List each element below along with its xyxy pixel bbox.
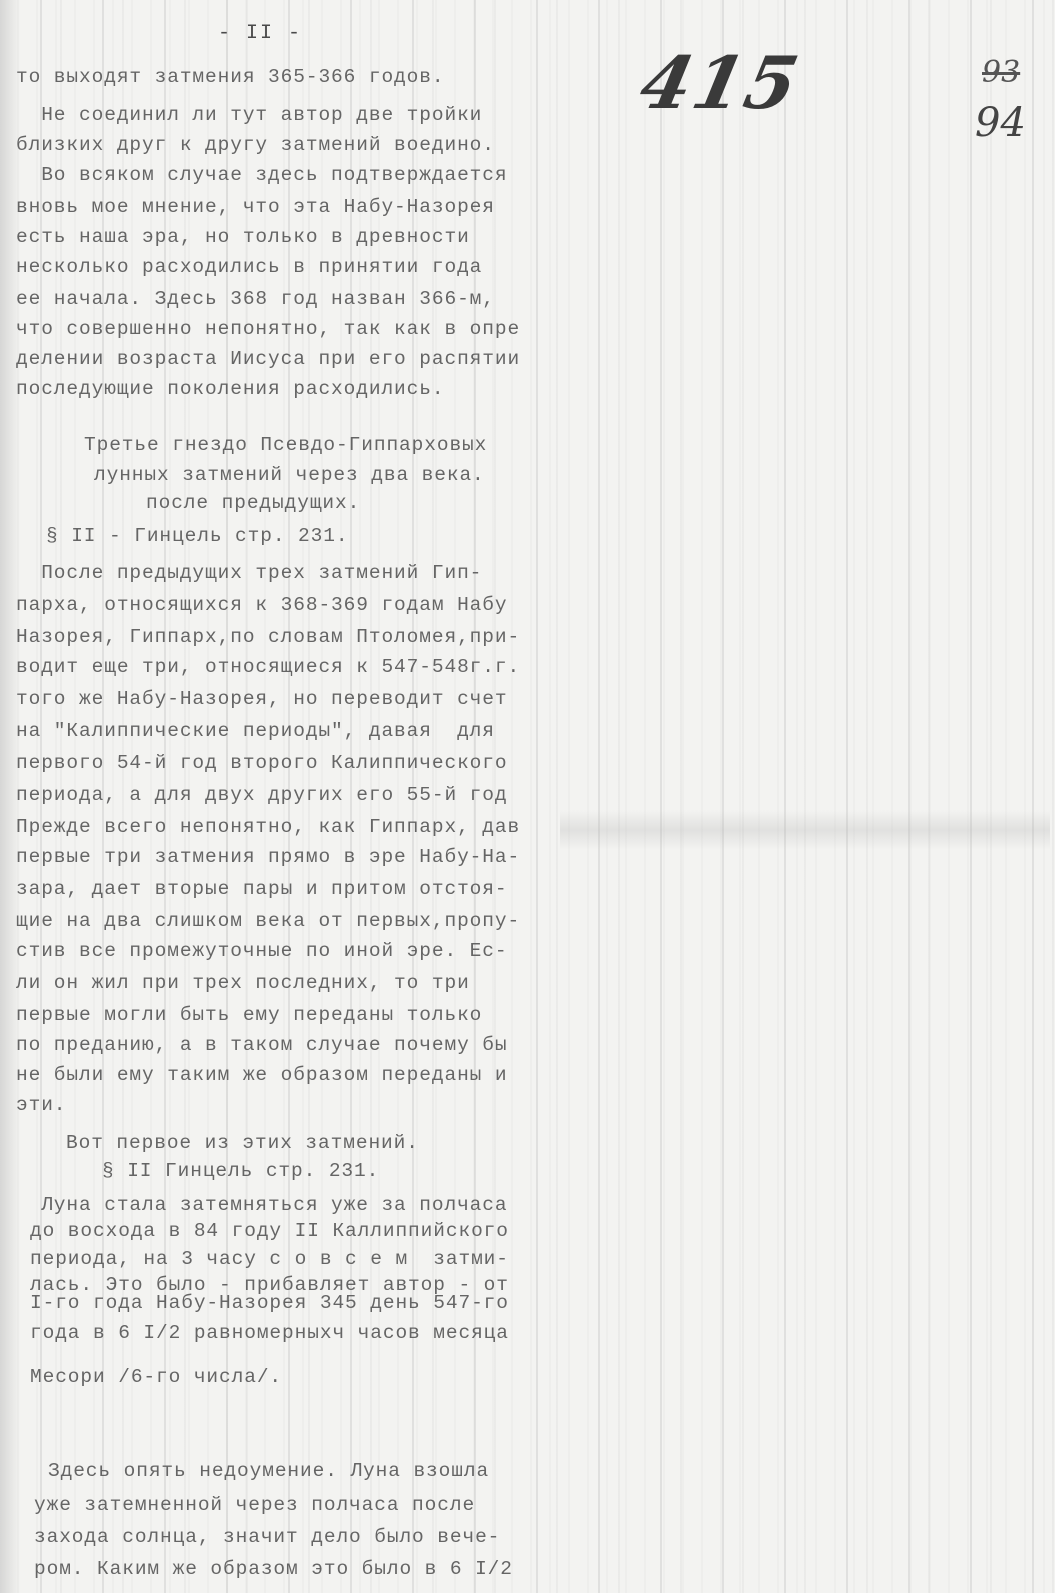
section-heading-line: после предыдущих. xyxy=(146,494,360,514)
text-line: вновь мое мнение, что эта Набу-Назорея xyxy=(16,198,495,218)
text-line: уже затемненной через полчаса после xyxy=(34,1496,475,1516)
text-line: первого 54-й год второго Калиппического xyxy=(16,754,507,774)
text-line: последующие поколения расходились. xyxy=(16,380,444,400)
text-line: то выходят затмения 365-366 годов. xyxy=(16,68,444,88)
reference-citation: § II - Гинцель стр. 231. xyxy=(46,527,348,547)
quote-line: Луна стала затемняться уже за полчаса xyxy=(16,1196,507,1216)
text-line: делении возраста Иисуса при его распятии xyxy=(16,350,520,370)
section-heading-line: лунных затмений через два века. xyxy=(94,466,485,486)
folio-old-crossed: 93 xyxy=(982,55,1020,90)
text-line: близких друг к другу затмений воедино. xyxy=(16,136,495,156)
scan-smudge xyxy=(560,810,1050,850)
text-line: Назорея, Гиппарх,по словам Птоломея,при- xyxy=(16,628,520,648)
text-line: ли он жил при трех последних, то три xyxy=(16,974,470,994)
text-line: того же Набу-Назорея, но переводит счет xyxy=(16,690,507,710)
text-line: Во всяком случае здесь подтверждается xyxy=(16,166,507,186)
text-line: После предыдущих трех затмений Гип- xyxy=(16,564,482,584)
quote-line: I-го года Набу-Назорея 345 день 547-го xyxy=(30,1294,509,1314)
text-line: не были ему таким же образом переданы и xyxy=(16,1066,507,1086)
section-heading-line: Третье гнездо Псевдо-Гиппарховых xyxy=(84,436,487,456)
text-line: Вот первое из этих затмений. xyxy=(66,1134,419,1154)
text-line: периода, а для двух других его 55-й год xyxy=(16,786,507,806)
quote-line: года в 6 I/2 равномерныхч часов месяца xyxy=(30,1324,509,1344)
text-line: водит еще три, относящиеся к 547-548г.г. xyxy=(16,658,520,678)
quote-line: Месори /6-го числа/. xyxy=(30,1368,282,1388)
scanned-page: - II - 415 93 94 то выходят затмения 365… xyxy=(0,0,1055,1593)
reference-citation: § II Гинцель стр. 231. xyxy=(102,1162,379,1182)
text-line: захода солнца, значит дело было вече- xyxy=(34,1528,500,1548)
text-line: Не соединил ли тут автор две тройки xyxy=(16,106,482,126)
folio-new: 94 xyxy=(975,100,1026,146)
text-line: Прежде всего непонятно, как Гиппарх, дав xyxy=(16,818,520,838)
text-line: первые три затмения прямо в эре Набу-На- xyxy=(16,848,520,868)
quote-line: до восхода в 84 году II Каллиппийского xyxy=(30,1222,509,1242)
page-number: - II - xyxy=(218,22,302,45)
quote-line: периода, на 3 часу с о в с е м затми- xyxy=(30,1250,509,1270)
text-line: эти. xyxy=(16,1096,66,1116)
text-line: ром. Каким же образом это было в 6 I/2 xyxy=(34,1560,513,1580)
text-line: стив все промежуточные по иной эре. Ес- xyxy=(16,942,507,962)
text-line: щие на два слишком века от первых,пропу- xyxy=(16,912,520,932)
text-line: зара, дает вторые пары и притом отстоя- xyxy=(16,880,507,900)
text-line: несколько расходились в принятии года xyxy=(16,258,482,278)
text-line: что совершенно непонятно, так как в опре xyxy=(16,320,520,340)
text-line: Здесь опять недоумение. Луна взошла xyxy=(48,1462,489,1482)
text-line: по преданию, а в таком случае почему бы xyxy=(16,1036,507,1056)
text-line: есть наша эра, но только в древности xyxy=(16,228,470,248)
text-line: парха, относящихся к 368-369 годам Набу xyxy=(16,596,507,616)
folio-stamp-handwritten: 415 xyxy=(633,40,807,125)
text-line: первые могли быть ему переданы только xyxy=(16,1006,482,1026)
text-line: ее начала. Здесь 368 год назван 366-м, xyxy=(16,290,495,310)
text-line: на "Калиппические периоды", давая для xyxy=(16,722,495,742)
